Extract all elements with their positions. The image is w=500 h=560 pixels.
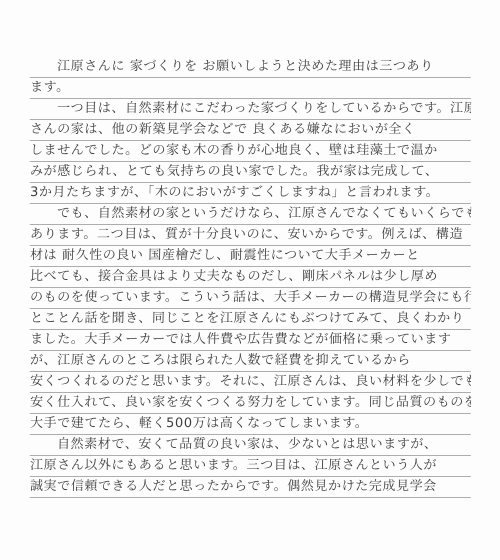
handwritten-line: 安くつくれるのだと思います。それに、江原さんは、良い材料を少しでも	[30, 372, 471, 393]
handwritten-line: 材は 耐久性の良い 国産檜だし、耐震性について大手メーカーと	[30, 246, 471, 267]
handwritten-line: とことん話を聞き、同じことを江原さんにもぶつけてみて、良くわかり	[30, 309, 471, 330]
handwritten-line: 自然素材で、安くて品質の良い家は、少ないとは思いますが、	[30, 435, 471, 456]
handwritten-line: みが感じられ、とても気持ちの良い家でした。我が家は完成して、	[30, 162, 471, 183]
handwritten-line: 安く仕入れて、良い家を安くつくる努力をしています。同じ品質のものを	[30, 393, 471, 414]
letter-body: 江原さんに 家づくりを お願いしようと決めた理由は三つあります。一つ目は、自然素…	[30, 57, 471, 498]
handwritten-line: ました。大手メーカーでは人件費や広告費などが価格に乗っています	[30, 330, 471, 351]
handwritten-line: 3か月たちますが、「木のにおいがすごくしますね」と言われます。	[30, 183, 471, 204]
handwritten-line: ます。	[30, 78, 471, 99]
handwritten-line: でも、自然素材の家というだけなら、江原さんでなくてもいくらでも	[30, 204, 471, 225]
handwritten-line: が、江原さんのところは限られた人数で経費を抑えているから	[30, 351, 471, 372]
handwritten-letter: 江原さんに 家づくりを お願いしようと決めた理由は三つあります。一つ目は、自然素…	[0, 0, 500, 560]
handwritten-line: 江原さん以外にもあると思います。三つ目は、江原さんという人が	[30, 456, 471, 477]
handwritten-line: しませんでした。どの家も木の香りが心地良く、壁は珪藻土で温か	[30, 141, 471, 162]
handwritten-line: 比べても、接合金具はより丈夫なものだし、剛床パネルは少し厚め	[30, 267, 471, 288]
handwritten-line: 大手で建てたら、軽く500万は高くなってしまいます。	[30, 414, 471, 435]
handwritten-line: 誠実で信頼できる人だと思ったからです。偶然見かけた完成見学会	[30, 477, 471, 498]
handwritten-line: さんの家は、他の新築見学会などで 良くある嫌なにおいが全く	[30, 120, 471, 141]
handwritten-line: のものを使っています。こういう話は、大手メーカーの構造見学会にも行き、	[30, 288, 471, 309]
handwritten-line: あります。二つ目は、質が十分良いのに、安いからです。例えば、構造	[30, 225, 471, 246]
handwritten-line: 江原さんに 家づくりを お願いしようと決めた理由は三つあり	[30, 57, 471, 78]
handwritten-line: 一つ目は、自然素材にこだわった家づくりをしているからです。江原	[30, 99, 471, 120]
